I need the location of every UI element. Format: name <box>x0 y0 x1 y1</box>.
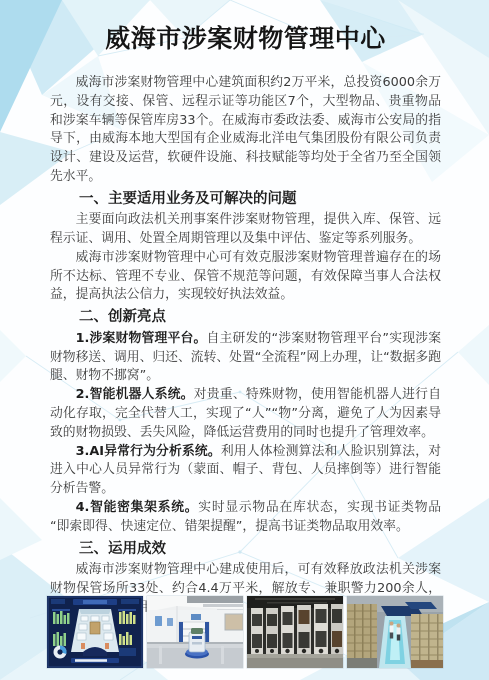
section1-paragraph-1: 主要面向政法机关刑事案件涉案财物管理，提供入库、保管、远程示证、调用、处置全周期… <box>50 211 441 249</box>
page-title: 威海市涉案财物管理中心 <box>50 24 441 54</box>
highlight-item-4: 4.智能密集架系统。实时显示物品在库状态，实现书证类物品“即索即得、快速定位、错… <box>50 499 441 537</box>
highlight-item-3: 3.AI异常行为分析系统。利用人体检测算法和人脸识别算法，对进入中心人员异常行为… <box>50 443 441 499</box>
highlight-item-2-title: 2.智能机器人系统。 <box>76 387 194 402</box>
intro-paragraph: 威海市涉案财物管理中心建筑面积约2万平米，总投资6000余万元，设有交接、保管、… <box>50 74 441 187</box>
highlight-item-4-title: 4.智能密集架系统。 <box>76 500 199 515</box>
photo-dashboard <box>47 596 143 668</box>
highlight-item-1-title: 1.涉案财物管理平台。 <box>76 331 207 346</box>
photo-warehouse-aisle <box>347 596 443 668</box>
section1-paragraph-2: 威海市涉案财物管理中心可有效克服涉案财物管理普遍存在的场所不达标、管理不专业、保… <box>50 249 441 305</box>
photo-dense-racks <box>247 596 343 668</box>
section-heading-2: 二、创新亮点 <box>50 308 441 328</box>
highlight-item-2: 2.智能机器人系统。对贵重、特殊财物，使用智能机器人进行自动化存取，完全代替人工… <box>50 386 441 442</box>
highlight-item-3-title: 3.AI异常行为分析系统。 <box>76 444 221 459</box>
photo-robot-room <box>147 596 243 668</box>
photo-strip <box>47 596 443 668</box>
section-heading-3: 三、运用成效 <box>50 540 441 560</box>
document-content: 威海市涉案财物管理中心 威海市涉案财物管理中心建筑面积约2万平米，总投资6000… <box>0 0 489 617</box>
document-page: 威海市涉案财物管理中心 威海市涉案财物管理中心建筑面积约2万平米，总投资6000… <box>0 0 489 680</box>
highlight-item-1: 1.涉案财物管理平台。自主研发的“涉案财物管理平台”实现涉案财物移送、调用、归还… <box>50 330 441 386</box>
section-heading-1: 一、主要适用业务及可解决的问题 <box>50 190 441 210</box>
